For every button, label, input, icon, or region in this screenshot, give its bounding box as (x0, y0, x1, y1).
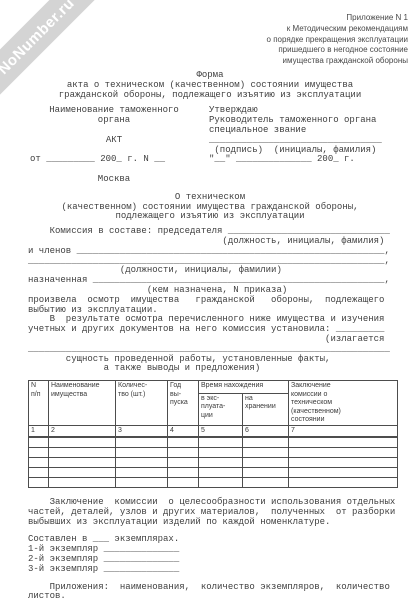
empty-cell (243, 448, 289, 458)
empty-cell (243, 478, 289, 488)
conclusion-paragraph: Заключение комиссии о целесообразности и… (28, 498, 420, 527)
column-number: 3 (116, 426, 168, 438)
empty-cell (168, 437, 199, 448)
table-empty-row (29, 448, 398, 458)
empty-cell (49, 468, 116, 478)
column-number: 7 (289, 426, 398, 438)
form-caption-line: гражданской обороны, подлежащего изъятию… (0, 91, 420, 101)
city-label: Москва (30, 175, 198, 185)
empty-cell (116, 448, 168, 458)
empty-cell (289, 448, 398, 458)
act-date-number-line: от _________ 200_ г. N __ (30, 155, 198, 165)
appendix-note-line: имущества гражданской обороны (0, 56, 408, 67)
header-cell-time-group: Время нахождения (199, 381, 289, 393)
property-table: N п/п Наименование имущества Количес- тв… (28, 380, 398, 488)
empty-cell (49, 458, 116, 468)
column-number: 4 (168, 426, 199, 438)
attachments-line: Приложения: наименования, количество экз… (28, 583, 420, 593)
body-line: а также выводы и предложения) (28, 364, 420, 374)
empty-cell (49, 437, 116, 448)
empty-cell (29, 478, 49, 488)
copies-line: 3-й экземпляр ______________ (28, 565, 420, 575)
empty-cell (29, 437, 49, 448)
empty-cell (199, 468, 243, 478)
empty-cell (29, 458, 49, 468)
act-label: АКТ (30, 136, 198, 146)
copies-block: Составлен в ___ экземплярах. 1-й экземпл… (28, 535, 420, 574)
document-page: NoNumber.ru Приложение N 1 к Методически… (0, 0, 420, 600)
attachments-paragraph: Приложения: наименования, количество экз… (28, 583, 420, 600)
appendix-note-line: пришедшего в негодное состояние (0, 45, 408, 56)
empty-cell (116, 458, 168, 468)
header-cell-in-storage: на хранении (243, 393, 289, 426)
empty-cell (49, 448, 116, 458)
column-number: 5 (199, 426, 243, 438)
empty-cell (289, 458, 398, 468)
act-heading: О техническом (качественном) состоянии и… (0, 193, 420, 222)
empty-cell (168, 478, 199, 488)
commission-paragraph: Комиссия в составе: председателя _______… (28, 227, 420, 374)
header-cell-quantity: Количес- тво (шт.) (116, 381, 168, 426)
table-column-number-row: 1 2 3 4 5 6 7 (29, 426, 398, 438)
empty-cell (199, 437, 243, 448)
column-number: 2 (49, 426, 116, 438)
act-heading-line: подлежащего изъятию из эксплуатации (0, 212, 420, 222)
org-approve-columns: Наименование таможенного органа АКТ от _… (30, 106, 395, 184)
empty-cell (199, 478, 243, 488)
empty-cell (168, 458, 199, 468)
approve-date-line: "__" ______________ 200_ г. (209, 155, 395, 165)
header-cell-in-use: в экс- плуата- ции (199, 393, 243, 426)
table-empty-row (29, 468, 398, 478)
empty-cell (243, 458, 289, 468)
table-empty-row (29, 478, 398, 488)
header-cell-num: N п/п (29, 381, 49, 426)
empty-cell (168, 468, 199, 478)
table-empty-row (29, 458, 398, 468)
table-header-row: N п/п Наименование имущества Количес- тв… (29, 381, 398, 393)
empty-cell (49, 478, 116, 488)
appendix-note-line: о порядке прекращения эксплуатации (0, 35, 408, 46)
org-name-block: Наименование таможенного органа АКТ от _… (30, 106, 198, 184)
empty-cell (116, 468, 168, 478)
empty-cell (289, 468, 398, 478)
table-empty-row (29, 437, 398, 448)
empty-cell (168, 448, 199, 458)
approve-block: Утверждаю Руководитель таможенного орган… (209, 106, 395, 184)
column-number: 6 (243, 426, 289, 438)
empty-cell (289, 437, 398, 448)
empty-cell (243, 468, 289, 478)
form-caption: Форма акта о техническом (качественном) … (0, 71, 420, 100)
empty-cell (199, 448, 243, 458)
column-number: 1 (29, 426, 49, 438)
header-cell-name: Наименование имущества (49, 381, 116, 426)
empty-cell (29, 448, 49, 458)
conclusion-line: выбывших из эксплуатации изделий по кажд… (28, 518, 420, 528)
empty-cell (199, 458, 243, 468)
empty-cell (116, 478, 168, 488)
header-cell-year: Год вы- пуска (168, 381, 199, 426)
empty-cell (243, 437, 289, 448)
empty-cell (116, 437, 168, 448)
org-name-line: органа (30, 116, 198, 126)
empty-cell (29, 468, 49, 478)
attachments-line: листов. (28, 592, 420, 600)
empty-cell (289, 478, 398, 488)
header-cell-conclusion: Заключение комиссии о техническом (качес… (289, 381, 398, 426)
